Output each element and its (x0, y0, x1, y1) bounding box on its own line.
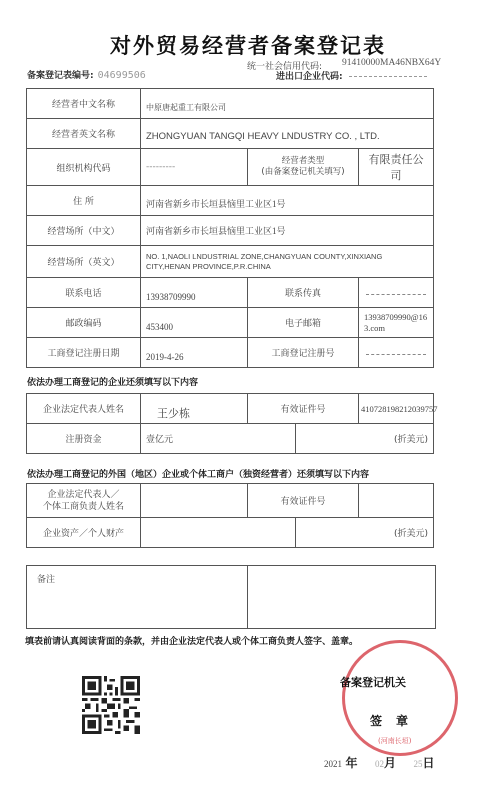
legal-rep-value: 王少栋 (141, 394, 248, 424)
stamp-seal-label: 签章 (370, 712, 422, 729)
trade-code-label: 进出口企业代码: (276, 72, 343, 82)
postcode-value: 453400 (141, 308, 248, 338)
reg-no-label: 工商登记注册号 (248, 338, 359, 368)
enterprise-table: 企业法定代表人姓名 王少栋 有效证件号 410728198212039757 注… (26, 393, 434, 454)
main-info-table: 经营者中文名称 中原唐起重工有限公司 经营者英文名称 ZHONGYUAN TAN… (26, 88, 434, 368)
table-row: 住 所 河南省新乡市长垣县恼里工业区1号 (27, 186, 434, 216)
foreign-id-label: 有效证件号 (248, 484, 359, 518)
table-row: 企业资产／个人财产 (折美元) (27, 518, 434, 548)
foreign-rep-value (141, 484, 248, 518)
operator-type-value: 有限责任公司 (359, 149, 434, 186)
operator-type-label: 经营者类型 (由备案登记机关填写) (248, 149, 359, 186)
postcode-label: 邮政编码 (27, 308, 141, 338)
table-row: 经营者中文名称 中原唐起重工有限公司 (27, 89, 434, 119)
date-day: 25 (414, 759, 423, 769)
cn-name-value: 中原唐起重工有限公司 (141, 89, 434, 119)
table-row: 联系电话 13938709990 联系传真 (27, 278, 434, 308)
residence-label: 住 所 (27, 186, 141, 216)
table-row: 经营场所（英文） NO. 1,NAOLI LNDUSTRIAL ZONE,CHA… (27, 246, 434, 278)
stamp-org-label: 备案登记机关 (340, 674, 406, 690)
foreign-enterprise-table: 企业法定代表人／ 个体工商负责人姓名 有效证件号 企业资产／个人财产 (折美元) (26, 483, 434, 548)
table-row: 备注 (27, 566, 436, 629)
table-row: 企业法定代表人姓名 王少栋 有效证件号 410728198212039757 (27, 394, 434, 424)
trade-code: 进出口企业代码: (276, 69, 427, 82)
email-value: 13938709990@163.com (359, 308, 434, 338)
fax-label: 联系传真 (248, 278, 359, 308)
capital-label: 注册资金 (27, 424, 141, 454)
month-char: 月 (384, 756, 396, 770)
capital-value: 壹亿元 (141, 424, 296, 454)
operator-type-note: (由备案登记机关填写) (253, 167, 353, 178)
legal-rep-label: 企业法定代表人姓名 (27, 394, 141, 424)
year-char: 年 (346, 756, 358, 770)
assets-label: 企业资产／个人财产 (27, 518, 141, 548)
assets-usd-label: (折美元) (296, 518, 434, 548)
fax-value (359, 278, 434, 308)
reg-date-label: 工商登记注册日期 (27, 338, 141, 368)
qr-code-icon (82, 675, 140, 735)
remarks-value (248, 566, 436, 629)
residence-value: 河南省新乡市长垣县恼里工业区1号 (141, 186, 434, 216)
remarks-label: 备注 (27, 566, 248, 629)
table-row: 邮政编码 453400 电子邮箱 13938709990@163.com (27, 308, 434, 338)
operator-type-title: 经营者类型 (253, 156, 353, 167)
table-row: 工商登记注册日期 2019-4-26 工商登记注册号 (27, 338, 434, 368)
date-month: 02 (375, 759, 384, 769)
credit-code-value: 91410000MA46NBX64Y (342, 58, 441, 68)
issue-date: 2021 年 02月 25日 (324, 754, 435, 771)
org-code-label: 组织机构代码 (27, 149, 141, 186)
premises-cn-label: 经营场所（中文） (27, 216, 141, 246)
day-char: 日 (423, 756, 435, 770)
assets-value (141, 518, 296, 548)
form-number-label: 备案登记表编号: (27, 71, 94, 81)
premises-en-label: 经营场所（英文） (27, 246, 141, 278)
reg-no-blank (366, 354, 426, 355)
id-value: 410728198212039757 (359, 394, 434, 424)
table-row: 企业法定代表人／ 个体工商负责人姓名 有效证件号 (27, 484, 434, 518)
premises-en-value: NO. 1,NAOLI LNDUSTRIAL ZONE,CHANGYUAN CO… (141, 246, 434, 278)
cn-name-label: 经营者中文名称 (27, 89, 141, 119)
reg-date-value: 2019-4-26 (141, 338, 248, 368)
reg-no-value (359, 338, 434, 368)
phone-label: 联系电话 (27, 278, 141, 308)
capital-usd-label: (折美元) (296, 424, 434, 454)
date-year: 2021 (324, 759, 342, 769)
foreign-id-value (359, 484, 434, 518)
remarks-table: 备注 (26, 565, 436, 629)
table-row: 经营者英文名称 ZHONGYUAN TANGQI HEAVY LNDUSTRY … (27, 119, 434, 149)
en-name-value: ZHONGYUAN TANGQI HEAVY LNDUSTRY CO. , LT… (141, 119, 434, 149)
form-number: 备案登记表编号:04699506 (27, 68, 146, 81)
foreign-rep-label-line2: 个体工商负责人姓名 (32, 501, 135, 513)
table-row: 经营场所（中文） 河南省新乡市长垣县恼里工业区1号 (27, 216, 434, 246)
fax-blank (366, 294, 426, 295)
form-number-value: 04699506 (98, 70, 146, 81)
foreign-rep-label: 企业法定代表人／ 个体工商负责人姓名 (27, 484, 141, 518)
table-row: 注册资金 壹亿元 (折美元) (27, 424, 434, 454)
org-code-value: --------- (141, 149, 248, 186)
document-title: 对外贸易经营者备案登记表 (0, 30, 496, 60)
phone-value: 13938709990 (141, 278, 248, 308)
premises-cn-value: 河南省新乡市长垣县恼里工业区1号 (141, 216, 434, 246)
id-label: 有效证件号 (248, 394, 359, 424)
trade-code-blank (349, 76, 427, 77)
table-row: 组织机构代码 --------- 经营者类型 (由备案登记机关填写) 有限责任公… (27, 149, 434, 186)
email-label: 电子邮箱 (248, 308, 359, 338)
en-name-label: 经营者英文名称 (27, 119, 141, 149)
stamp-sub-label: (河南长垣) (378, 736, 411, 746)
section1-note: 依法办理工商登记的企业还须填写以下内容 (27, 375, 198, 388)
section2-note: 依法办理工商登记的外国（地区）企业或个体工商户（独资经营者）还须填写以下内容 (27, 467, 369, 480)
footer-instruction: 填表前请认真阅读背面的条款，并由企业法定代表人或个体工商负责人签字、盖章。 (25, 634, 358, 647)
foreign-rep-label-line1: 企业法定代表人／ (32, 489, 135, 501)
